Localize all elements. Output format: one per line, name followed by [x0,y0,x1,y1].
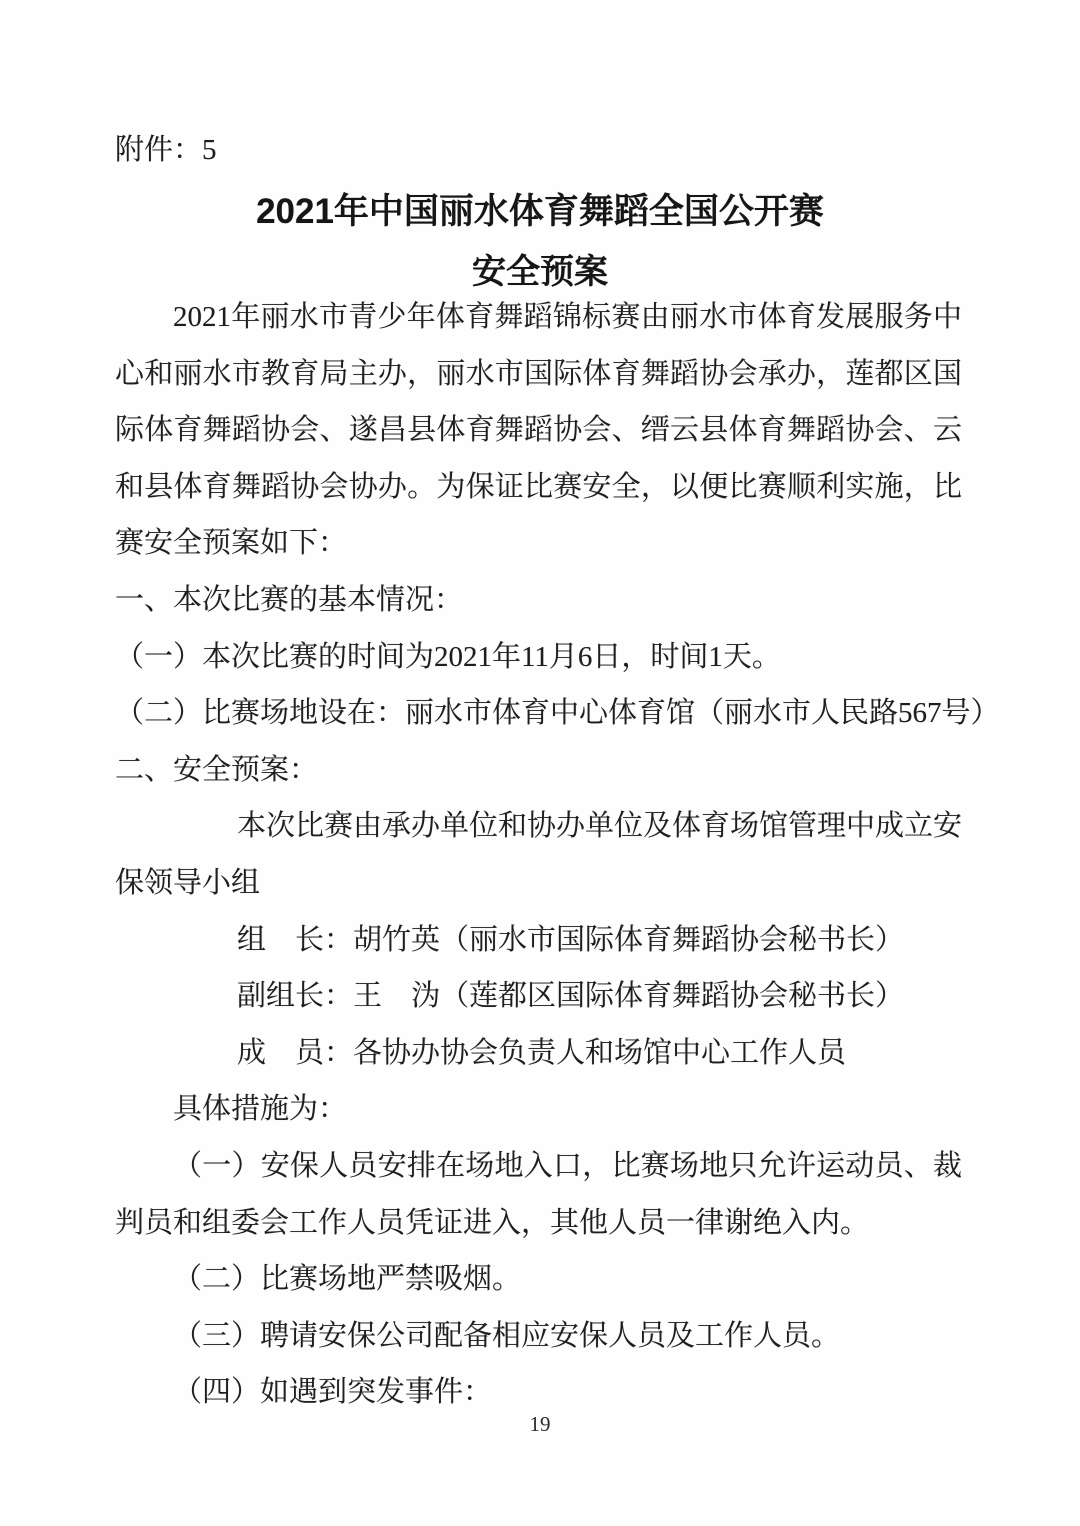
text-line: 本次比赛由承办单位和协办单位及体育场馆管理中成立安 [115,808,962,844]
text-line: 赛安全预案如下： [115,525,962,561]
text-line: 成 员：各协办协会负责人和场馆中心工作人员 [115,1035,962,1071]
text-line: （二）比赛场地设在：丽水市体育中心体育馆（丽水市人民路567号） [115,695,962,731]
section-heading: 二、安全预案： [115,752,962,788]
text-line: 心和丽水市教育局主办，丽水市国际体育舞蹈协会承办，莲都区国 [115,356,962,392]
text-line: 组 长：胡竹英（丽水市国际体育舞蹈协会秘书长） [115,922,962,958]
text-line: 和县体育舞蹈协会协办。为保证比赛安全，以便比赛顺利实施，比 [115,469,962,505]
text-line: （二）比赛场地严禁吸烟。 [115,1261,962,1297]
text-line: 具体措施为： [115,1091,962,1127]
text-line: 判员和组委会工作人员凭证进入，其他人员一律谢绝入内。 [115,1205,962,1241]
text-line: （四）如遇到突发事件： [115,1374,962,1410]
text-line: 保领导小组 [115,865,962,901]
text-line: （三）聘请安保公司配备相应安保人员及工作人员。 [115,1318,962,1354]
attachment-label: 附件：5 [115,132,962,168]
text-line: （一）本次比赛的时间为2021年11月6日，时间1天。 [115,639,962,675]
text-line: 副组长：王 沩（莲都区国际体育舞蹈协会秘书长） [115,978,962,1014]
page-number: 19 [0,1412,1080,1437]
text-line: 2021年丽水市青少年体育舞蹈锦标赛由丽水市体育发展服务中 [115,299,962,335]
document-title: 2021年中国丽水体育舞蹈全国公开赛 [0,184,1080,234]
text-line: 际体育舞蹈协会、遂昌县体育舞蹈协会、缙云县体育舞蹈协会、云 [115,412,962,448]
document-subtitle: 安全预案 [0,244,1080,293]
section-heading: 一、本次比赛的基本情况： [115,582,962,618]
document-page: 附件：5 2021年中国丽水体育舞蹈全国公开赛 安全预案 2021年丽水市青少年… [0,0,1080,1526]
text-line: （一）安保人员安排在场地入口，比赛场地只允许运动员、裁 [115,1148,962,1184]
